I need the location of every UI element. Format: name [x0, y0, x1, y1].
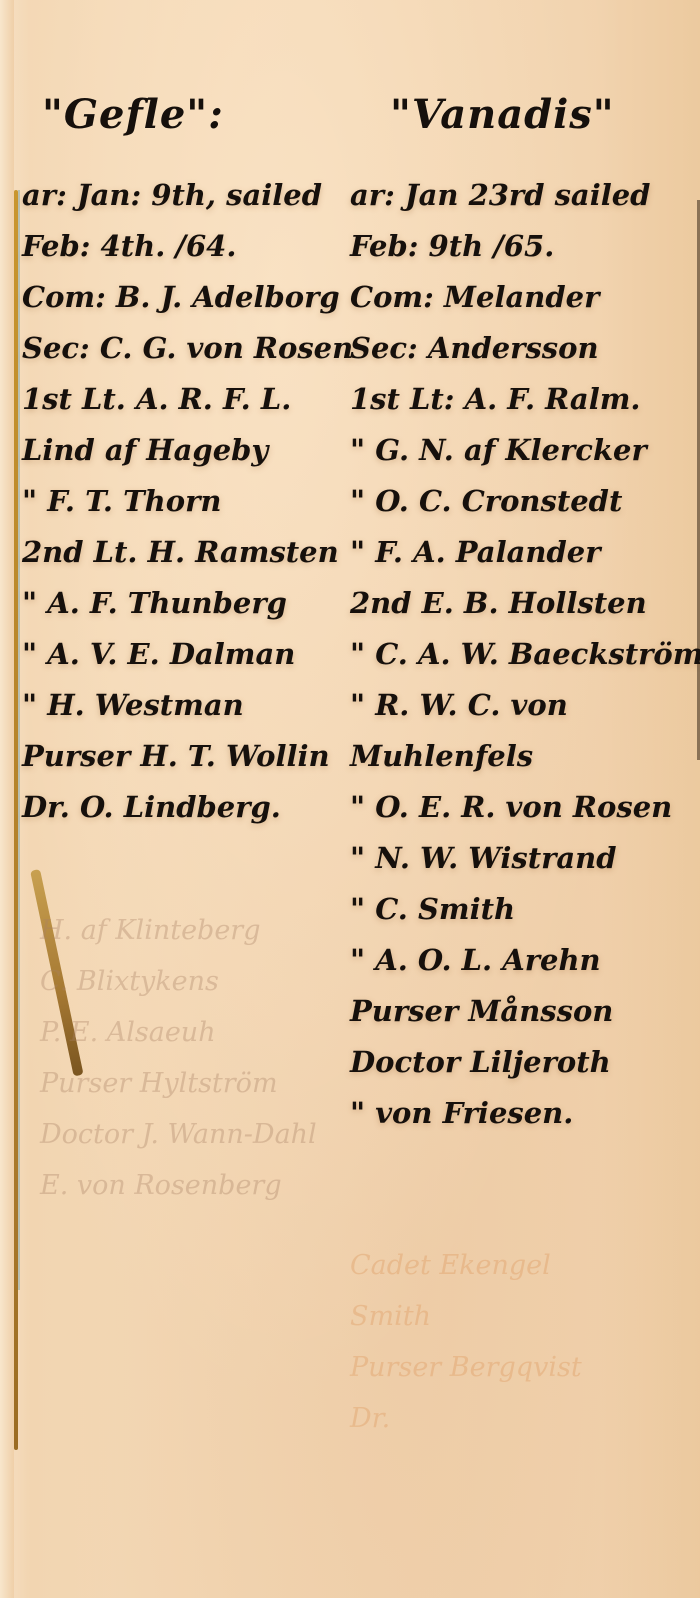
bleed-through-line: Purser Hyltström: [40, 1058, 317, 1109]
ship-name: "Gefle":: [22, 60, 352, 170]
bleed-through-line: E. von Rosenberg: [40, 1160, 317, 1211]
roster-line: ar: Jan: 9th, sailed: [22, 170, 352, 221]
roster-line: 1st Lt. A. R. F. L.: [22, 374, 352, 425]
binding-cord: [14, 190, 18, 1450]
bleed-through-left: H. af KlintebergC. BlixtykensP. E. Alsae…: [40, 905, 317, 1211]
bleed-through-line: Dr.: [350, 1393, 582, 1444]
roster-line: ar: Jan 23rd sailed: [350, 170, 695, 221]
roster-line: Doctor Liljeroth: [350, 1037, 695, 1088]
roster-line: 2nd Lt. H. Ramsten: [22, 527, 352, 578]
roster-line: " H. Westman: [22, 680, 352, 731]
ship-name: "Vanadis": [350, 60, 695, 170]
bleed-through-line: P. E. Alsaeuh: [40, 1007, 317, 1058]
roster-line: Com: Melander: [350, 272, 695, 323]
roster-line: " N. W. Wistrand: [350, 833, 695, 884]
roster-line: Com: B. J. Adelborg: [22, 272, 352, 323]
roster-line: " G. N. af Klercker: [350, 425, 695, 476]
roster-line: " F. A. Palander: [350, 527, 695, 578]
roster-line: " R. W. C. von: [350, 680, 695, 731]
roster-line: " von Friesen.: [350, 1088, 695, 1139]
roster-line: Sec: Andersson: [350, 323, 695, 374]
roster-line: Dr. O. Lindberg.: [22, 782, 352, 833]
bleed-through-right: Cadet EkengelSmithPurser BergqvistDr.: [350, 1240, 582, 1444]
roster-line: " A. O. L. Arehn: [350, 935, 695, 986]
roster-line: Feb: 4th. /64.: [22, 221, 352, 272]
roster-line: " O. C. Cronstedt: [350, 476, 695, 527]
roster-line: Purser H. T. Wollin: [22, 731, 352, 782]
bleed-through-line: H. af Klinteberg: [40, 905, 317, 956]
roster-line: " O. E. R. von Rosen: [350, 782, 695, 833]
ship-column-gefle: "Gefle": ar: Jan: 9th, sailedFeb: 4th. /…: [22, 60, 352, 833]
page-margin: [0, 0, 14, 1598]
roster-lines: ar: Jan: 9th, sailedFeb: 4th. /64.Com: B…: [22, 170, 352, 833]
binding-thread: [18, 190, 20, 1290]
roster-line: Sec: C. G. von Rosen: [22, 323, 352, 374]
bleed-through-line: Purser Bergqvist: [350, 1342, 582, 1393]
bleed-through-line: C. Blixtykens: [40, 956, 317, 1007]
document-page: H. af KlintebergC. BlixtykensP. E. Alsae…: [0, 0, 700, 1598]
roster-line: 2nd E. B. Hollsten: [350, 578, 695, 629]
roster-line: " C. Smith: [350, 884, 695, 935]
roster-line: 1st Lt: A. F. Ralm.: [350, 374, 695, 425]
roster-line: Feb: 9th /65.: [350, 221, 695, 272]
roster-line: " F. T. Thorn: [22, 476, 352, 527]
roster-line: Lind af Hageby: [22, 425, 352, 476]
bleed-through-line: Cadet Ekengel: [350, 1240, 582, 1291]
roster-line: " C. A. W. Baeckström: [350, 629, 695, 680]
bleed-through-line: Smith: [350, 1291, 582, 1342]
roster-lines: ar: Jan 23rd sailedFeb: 9th /65.Com: Mel…: [350, 170, 695, 1139]
roster-line: " A. F. Thunberg: [22, 578, 352, 629]
roster-line: Muhlenfels: [350, 731, 695, 782]
roster-line: " A. V. E. Dalman: [22, 629, 352, 680]
roster-line: Purser Månsson: [350, 986, 695, 1037]
ship-column-vanadis: "Vanadis" ar: Jan 23rd sailedFeb: 9th /6…: [350, 60, 695, 1139]
bleed-through-line: Doctor J. Wann-Dahl: [40, 1109, 317, 1160]
